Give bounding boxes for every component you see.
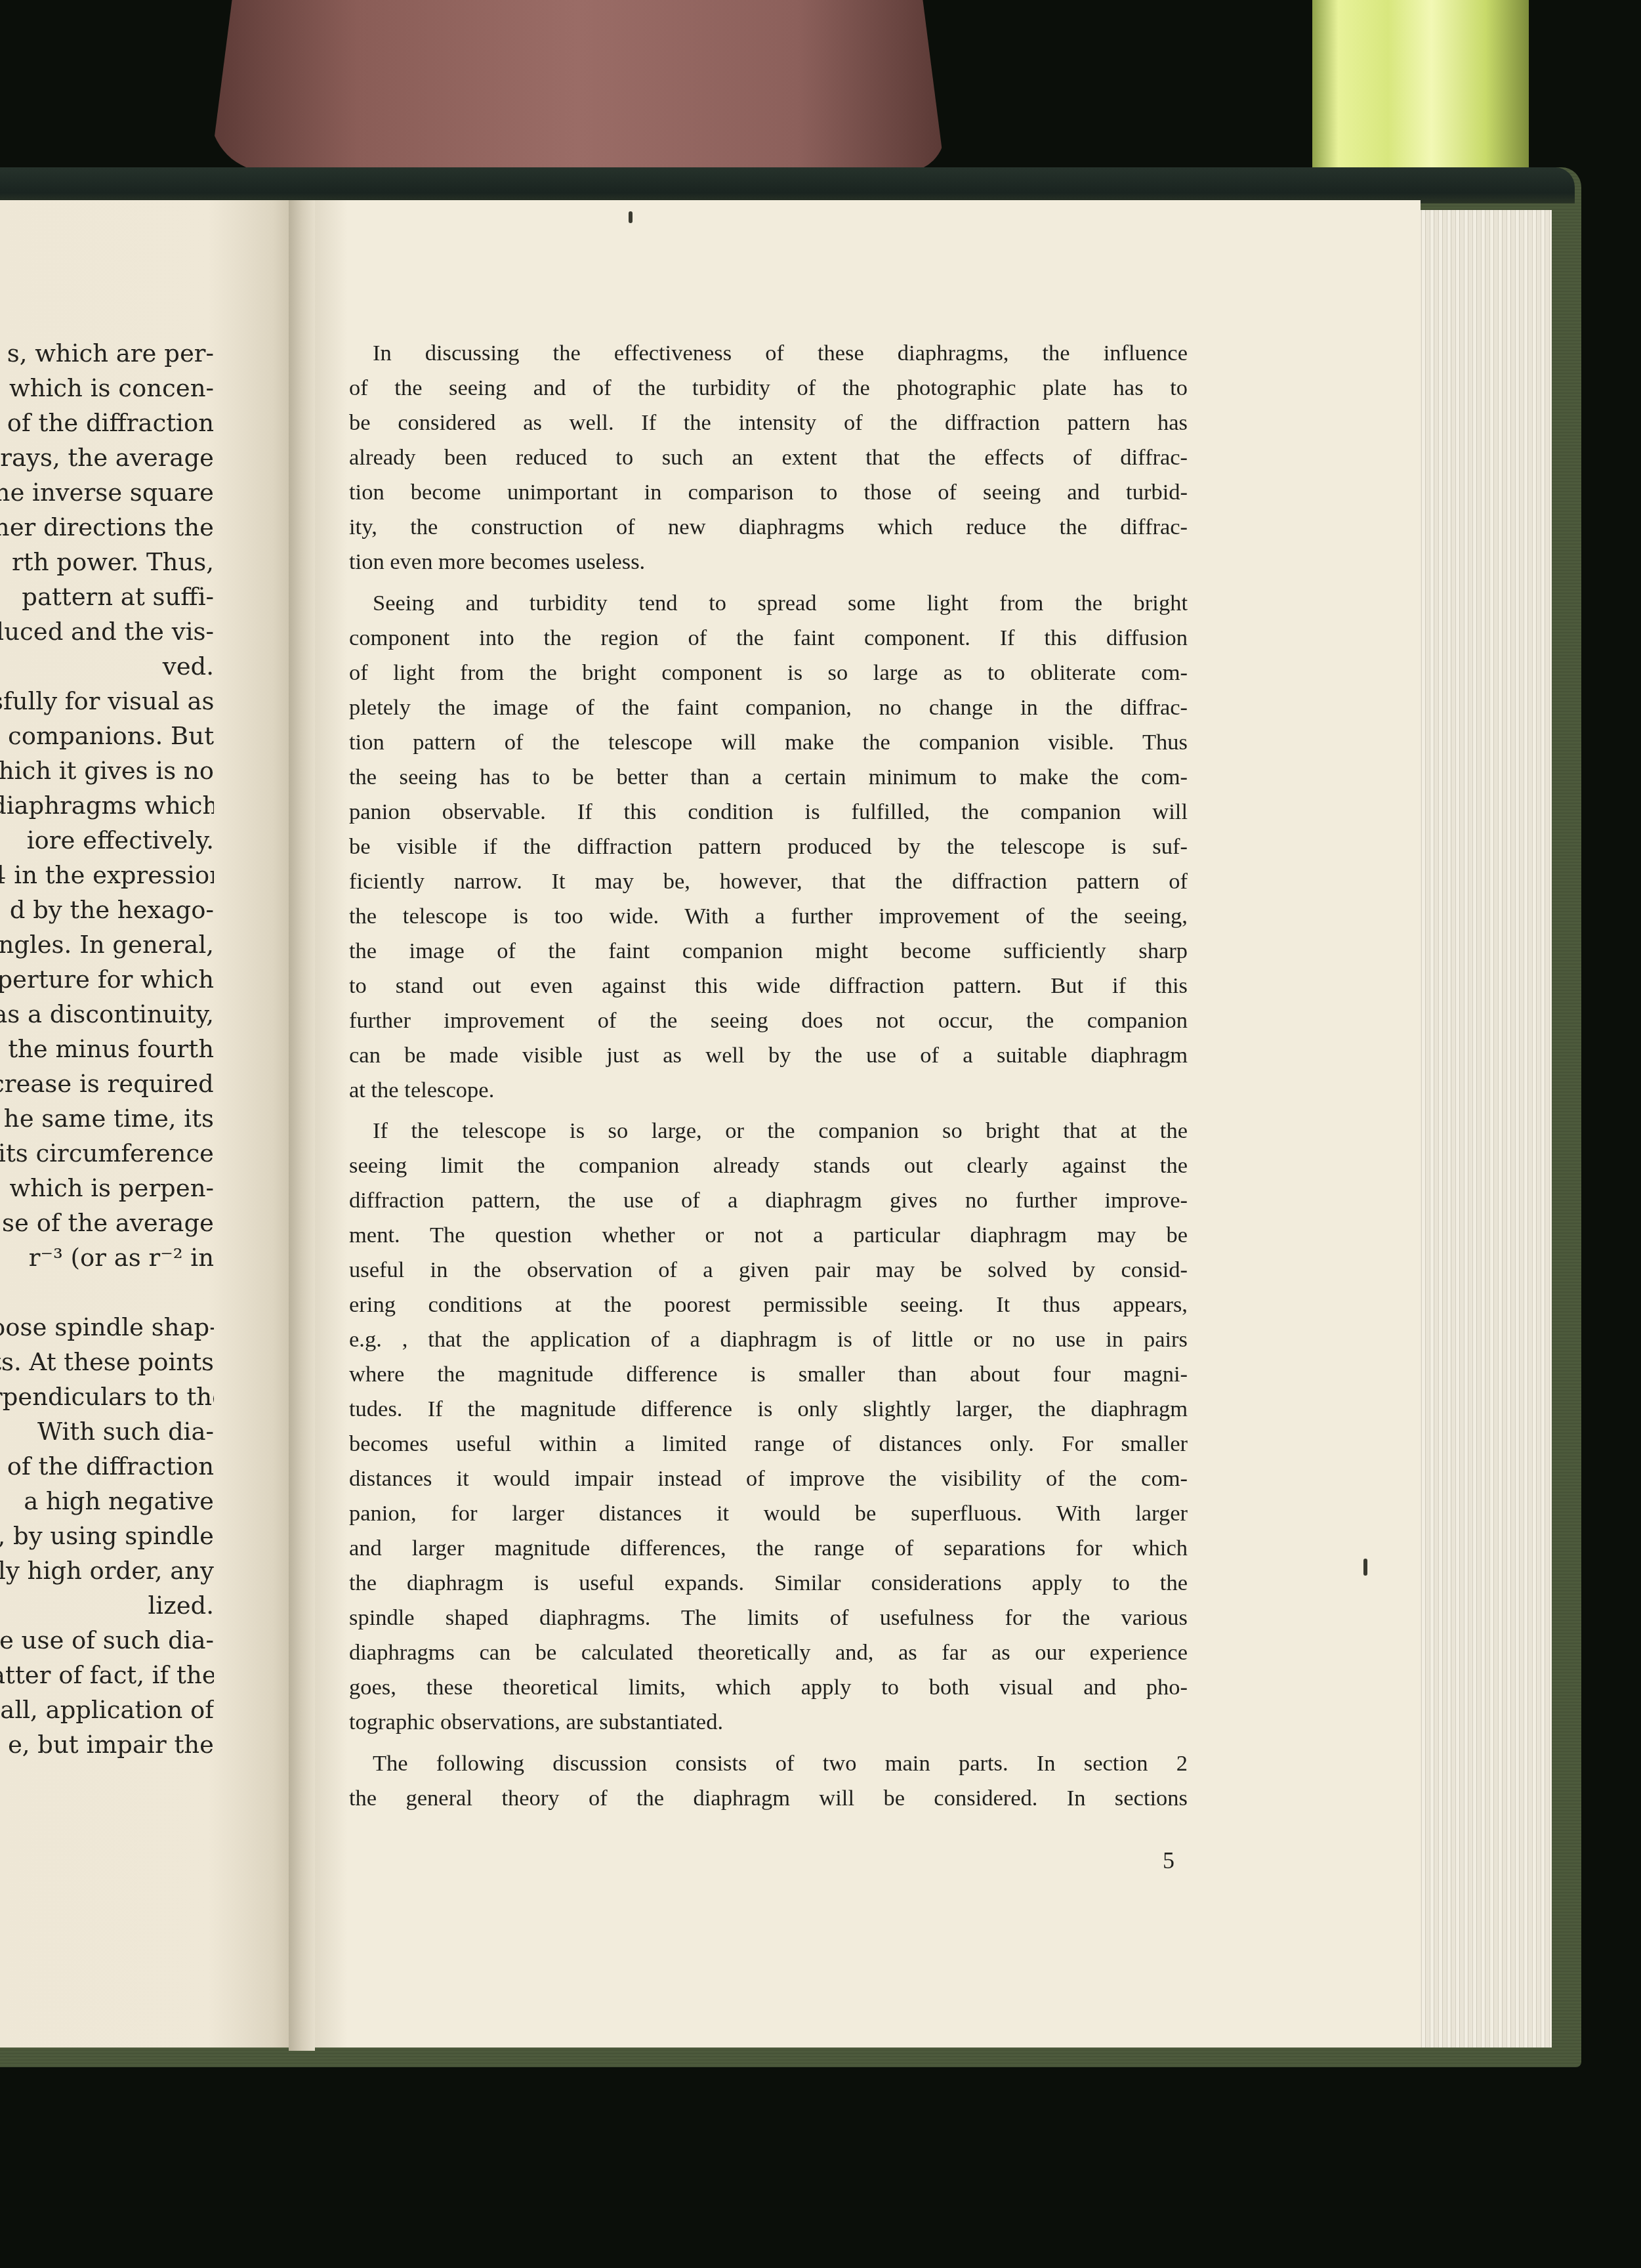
text-line: diaphragms can be calculated theoretical… <box>349 1635 1188 1670</box>
text-line: sfully for visual as <box>0 684 214 719</box>
text-line: If the telescope is so large, or the com… <box>373 1114 1188 1148</box>
text-line: ity, the construction of new diaphragms … <box>349 510 1188 545</box>
text-line: its circumference <box>0 1136 214 1171</box>
text-line: iall, application of <box>0 1692 214 1727</box>
text-line: which is concen- <box>0 371 214 406</box>
text-line <box>0 1275 214 1310</box>
book-gutter <box>289 200 315 2051</box>
text-line: her directions the <box>0 510 214 545</box>
text-line: pletely the image of the faint companion… <box>349 690 1188 725</box>
book-cover-top-edge <box>0 167 1575 203</box>
text-line: of the diffraction <box>0 406 214 440</box>
text-line: as a discontinuity, <box>0 997 214 1032</box>
text-line: the image of the faint companion might b… <box>349 934 1188 969</box>
text-line: e use of such dia- <box>0 1623 214 1658</box>
text-line: which is perpen- <box>0 1171 214 1206</box>
text-line: ering conditions at the poorest permissi… <box>349 1288 1188 1322</box>
text-line: iore effectively. <box>0 823 214 858</box>
paper-speck <box>629 211 633 223</box>
text-line: where the magnitude difference is smalle… <box>349 1357 1188 1392</box>
text-line: companions. But <box>0 719 214 753</box>
text-line: tion become unimportant in comparison to… <box>349 475 1188 510</box>
text-line: ts. At these points <box>0 1345 214 1379</box>
text-line: tographic observations, are substantiate… <box>349 1705 1188 1740</box>
text-line: be visible if the diffraction pattern pr… <box>349 829 1188 864</box>
text-line: panion observable. If this condition is … <box>349 795 1188 829</box>
text-line: distances it would impair instead of imp… <box>349 1461 1188 1496</box>
text-line: 4 in the expression <box>0 858 214 892</box>
text-line: d by the hexago- <box>0 892 214 927</box>
text-line: at the telescope. <box>349 1073 1188 1108</box>
text-line: atter of fact, if the <box>0 1658 214 1692</box>
finger-holding-book <box>210 0 945 172</box>
text-line: to stand out even against this wide diff… <box>349 969 1188 1003</box>
text-line: crease is required, <box>0 1066 214 1101</box>
text-line: tion even more becomes useless. <box>349 545 1188 579</box>
text-line: ment. The question whether or not a part… <box>349 1218 1188 1253</box>
text-line: In discussing the effectiveness of these… <box>373 336 1188 371</box>
paper-speck <box>1363 1559 1367 1576</box>
text-line: he same time, its <box>0 1101 214 1136</box>
text-line: tion pattern of the telescope will make … <box>349 725 1188 760</box>
text-line: rpendiculars to the <box>0 1379 214 1414</box>
text-line: ficiently narrow. It may be, however, th… <box>349 864 1188 899</box>
text-line: tudes. If the magnitude difference is on… <box>349 1392 1188 1427</box>
text-line: becomes useful within a limited range of… <box>349 1427 1188 1461</box>
text-line: the general theory of the diaphragm will… <box>349 1781 1188 1816</box>
text-line: component into the region of the faint c… <box>349 621 1188 656</box>
text-line: pattern at suffi- <box>0 579 214 614</box>
page-block-edges <box>1417 210 1552 2047</box>
text-line: oose spindle shap- <box>0 1310 214 1345</box>
text-line: ngles. In general, <box>0 927 214 962</box>
text-line: se of the average <box>0 1206 214 1240</box>
text-line: perture for which <box>0 962 214 997</box>
text-line: and larger magnitude differences, the ra… <box>349 1531 1188 1566</box>
text-line: the diaphragm is useful expands. Similar… <box>349 1566 1188 1601</box>
text-line: diaphragms which <box>0 788 214 823</box>
text-line: diffraction pattern, the use of a diaphr… <box>349 1183 1188 1218</box>
text-line: e, but impair the <box>0 1727 214 1762</box>
text-line: With such dia- <box>0 1414 214 1449</box>
text-line: luced and the vis- <box>0 614 214 649</box>
text-line: e.g. , that the application of a diaphra… <box>349 1322 1188 1357</box>
text-line: can be made visible just as well by the … <box>349 1038 1188 1073</box>
text-line: s, which are per- <box>0 336 214 371</box>
text-line: a high negative <box>0 1484 214 1519</box>
text-line: useful in the observation of a given pai… <box>349 1253 1188 1288</box>
text-line: the seeing has to be better than a certa… <box>349 760 1188 795</box>
text-line: already been reduced to such an extent t… <box>349 440 1188 475</box>
text-line: ly high order, any <box>0 1553 214 1588</box>
text-line: seeing limit the companion already stand… <box>349 1148 1188 1183</box>
text-line: rth power. Thus, <box>0 545 214 579</box>
text-line: further improvement of the seeing does n… <box>349 1003 1188 1038</box>
text-line: the telescope is too wide. With a furthe… <box>349 899 1188 934</box>
text-line: ved. <box>0 649 214 684</box>
text-line: hich it gives is no <box>0 753 214 788</box>
text-line: rays, the average <box>0 440 214 475</box>
text-line: panion, for larger distances it would be… <box>349 1496 1188 1531</box>
text-line: Seeing and turbidity tend to spread some… <box>373 586 1188 621</box>
text-line: of light from the bright component is so… <box>349 656 1188 690</box>
text-line: lized. <box>0 1588 214 1623</box>
scanner-light-bar <box>1312 0 1529 177</box>
text-line: he inverse square <box>0 475 214 510</box>
text-line: The following discussion consists of two… <box>373 1746 1188 1781</box>
text-line: of the diffraction <box>0 1449 214 1484</box>
text-line: spindle shaped diaphragms. The limits of… <box>349 1601 1188 1635</box>
text-line: , by using spindle <box>0 1519 214 1553</box>
text-line: of the seeing and of the turbidity of th… <box>349 371 1188 406</box>
text-line: the minus fourth <box>0 1032 214 1066</box>
text-line: r⁻³ (or as r⁻² in <box>0 1240 214 1275</box>
text-line: be considered as well. If the intensity … <box>349 406 1188 440</box>
text-line: goes, these theoretical limits, which ap… <box>349 1670 1188 1705</box>
page-number: 5 <box>1163 1847 1174 1874</box>
